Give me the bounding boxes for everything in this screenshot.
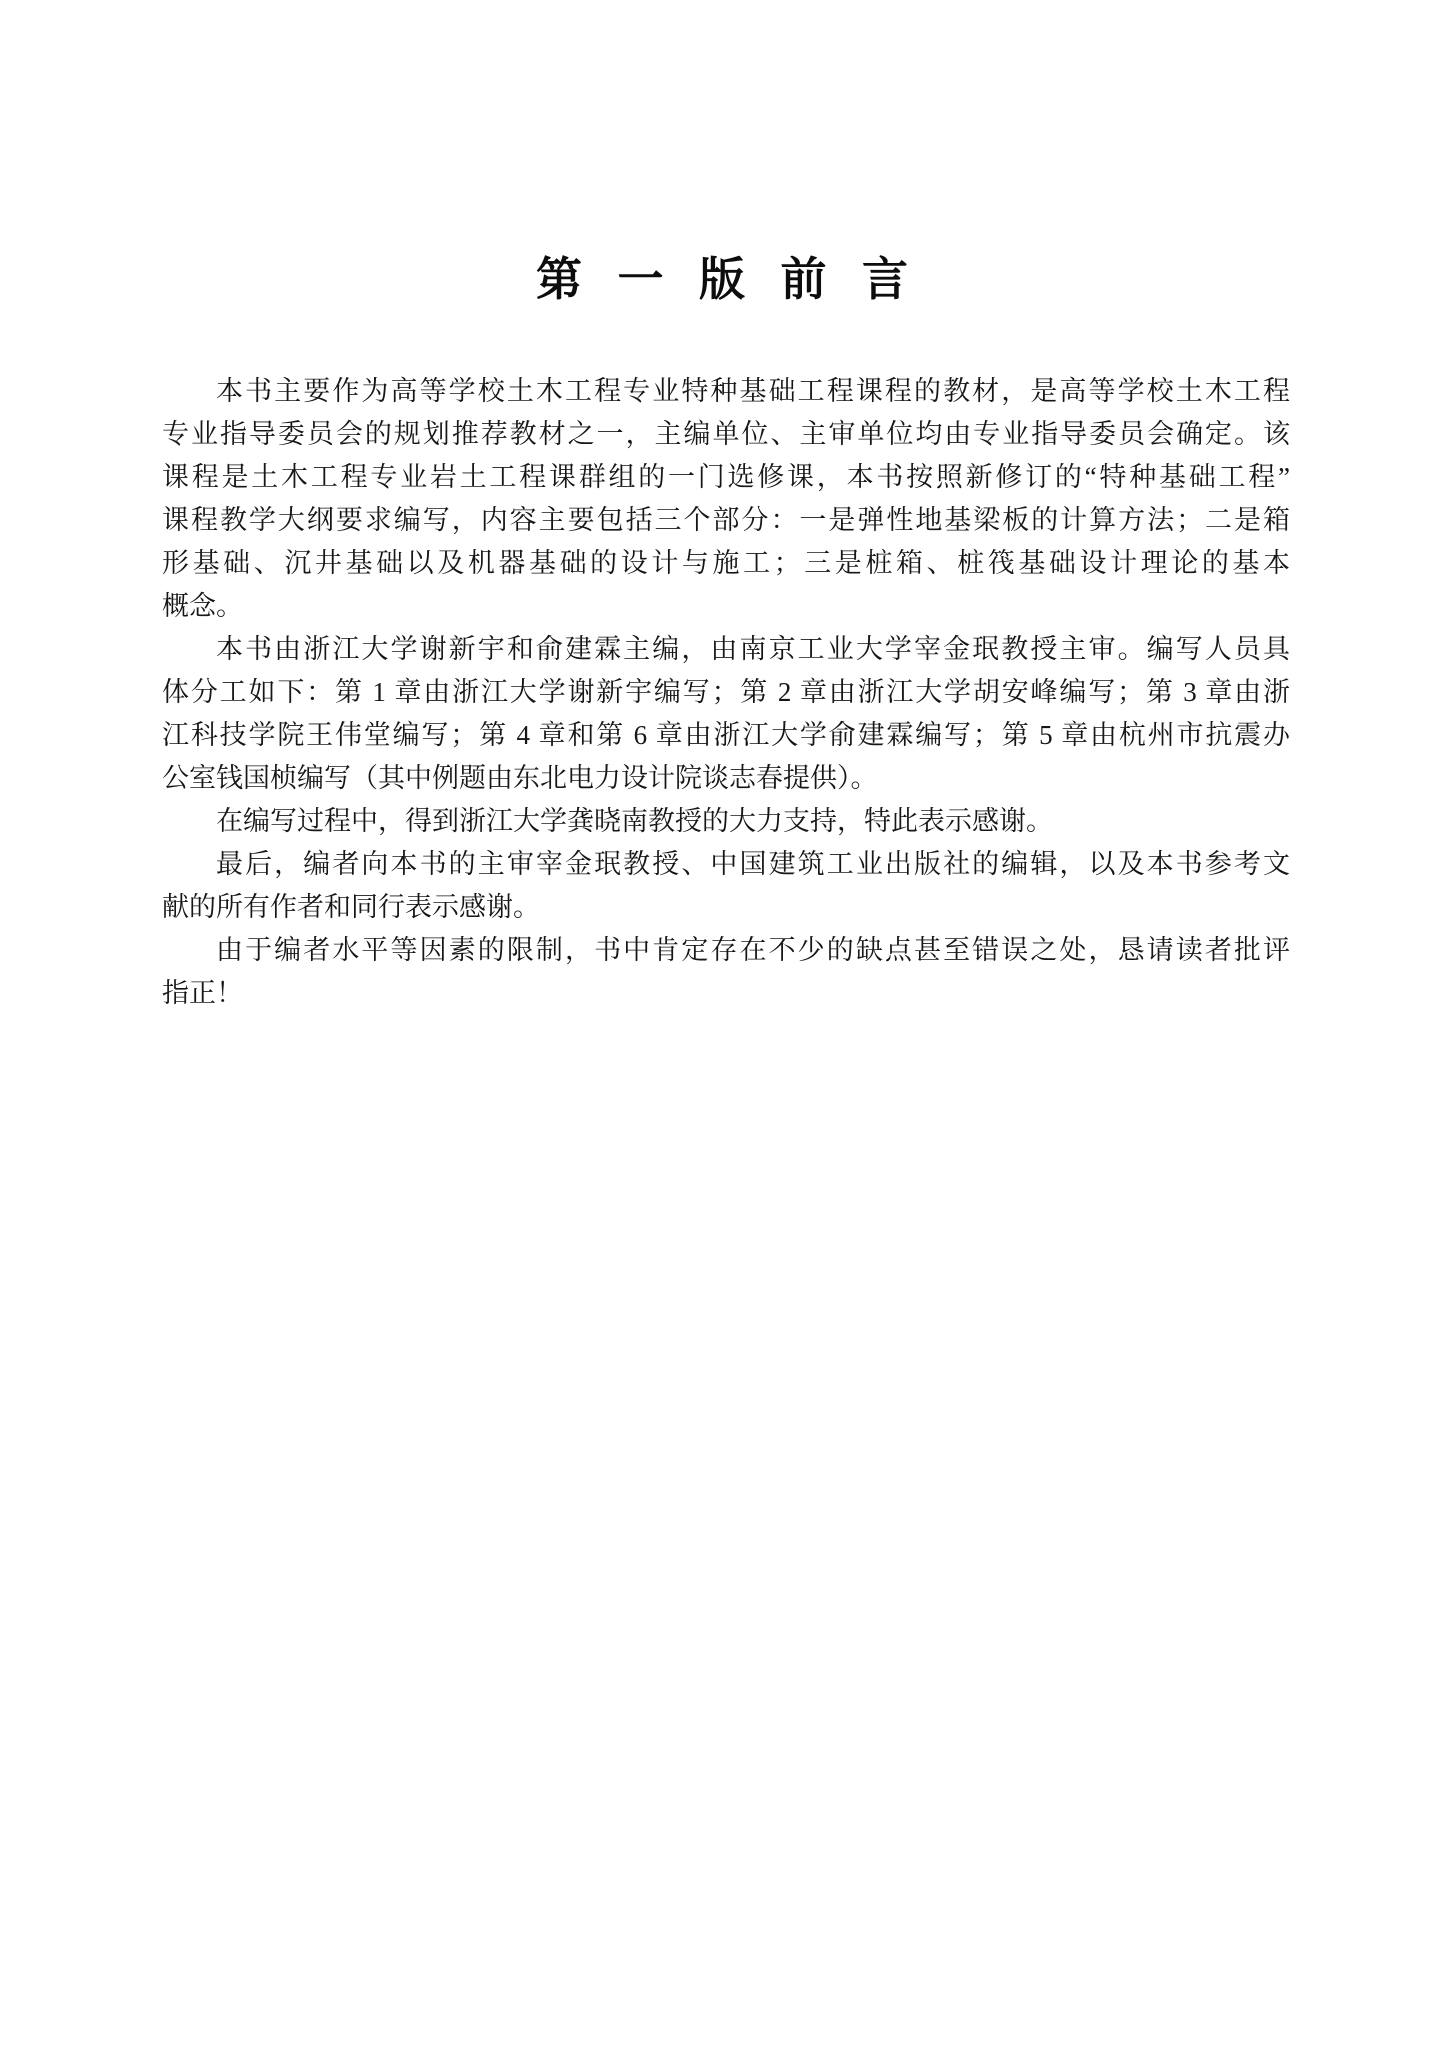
paragraph-line: 本书主要作为高等学校土木工程专业特种基础工程课程的教材，是高等学校土木工程 [162,370,1290,413]
paragraph-line: 体分工如下：第 1 章由浙江大学谢新宇编写；第 2 章由浙江大学胡安峰编写；第 … [162,671,1290,714]
paragraph-line: 在编写过程中，得到浙江大学龚晓南教授的大力支持，特此表示感谢。 [162,800,1290,843]
paragraph-3: 在编写过程中，得到浙江大学龚晓南教授的大力支持，特此表示感谢。 [162,800,1290,843]
page-title: 第 一 版 前 言 [162,252,1290,308]
document-page: 第 一 版 前 言 本书主要作为高等学校土木工程专业特种基础工程课程的教材，是高… [0,0,1453,2045]
paragraph-line: 最后，编者向本书的主审宰金珉教授、中国建筑工业出版社的编辑，以及本书参考文 [162,843,1290,886]
paragraph-line: 江科技学院王伟堂编写；第 4 章和第 6 章由浙江大学俞建霖编写；第 5 章由杭… [162,714,1290,757]
paragraph-line: 公室钱国桢编写（其中例题由东北电力设计院谈志春提供）。 [162,757,1290,800]
paragraph-line: 由于编者水平等因素的限制，书中肯定存在不少的缺点甚至错误之处，恳请读者批评 [162,929,1290,972]
paragraph-line: 课程是土木工程专业岩土工程课群组的一门选修课，本书按照新修订的“特种基础工程” [162,456,1290,499]
paragraph-line: 献的所有作者和同行表示感谢。 [162,886,1290,929]
body-paragraphs: 本书主要作为高等学校土木工程专业特种基础工程课程的教材，是高等学校土木工程专业指… [162,370,1290,1015]
page-content: 第 一 版 前 言 本书主要作为高等学校土木工程专业特种基础工程课程的教材，是高… [162,0,1290,1015]
paragraph-2: 本书由浙江大学谢新宇和俞建霖主编，由南京工业大学宰金珉教授主审。编写人员具体分工… [162,628,1290,800]
paragraph-1: 本书主要作为高等学校土木工程专业特种基础工程课程的教材，是高等学校土木工程专业指… [162,370,1290,628]
paragraph-line: 概念。 [162,585,1290,628]
paragraph-4: 最后，编者向本书的主审宰金珉教授、中国建筑工业出版社的编辑，以及本书参考文献的所… [162,843,1290,929]
paragraph-line: 课程教学大纲要求编写，内容主要包括三个部分：一是弹性地基梁板的计算方法；二是箱 [162,499,1290,542]
paragraph-line: 专业指导委员会的规划推荐教材之一，主编单位、主审单位均由专业指导委员会确定。该 [162,413,1290,456]
paragraph-5: 由于编者水平等因素的限制，书中肯定存在不少的缺点甚至错误之处，恳请读者批评指正！ [162,929,1290,1015]
paragraph-line: 指正！ [162,972,1290,1015]
paragraph-line: 本书由浙江大学谢新宇和俞建霖主编，由南京工业大学宰金珉教授主审。编写人员具 [162,628,1290,671]
paragraph-line: 形基础、沉井基础以及机器基础的设计与施工；三是桩箱、桩筏基础设计理论的基本 [162,542,1290,585]
